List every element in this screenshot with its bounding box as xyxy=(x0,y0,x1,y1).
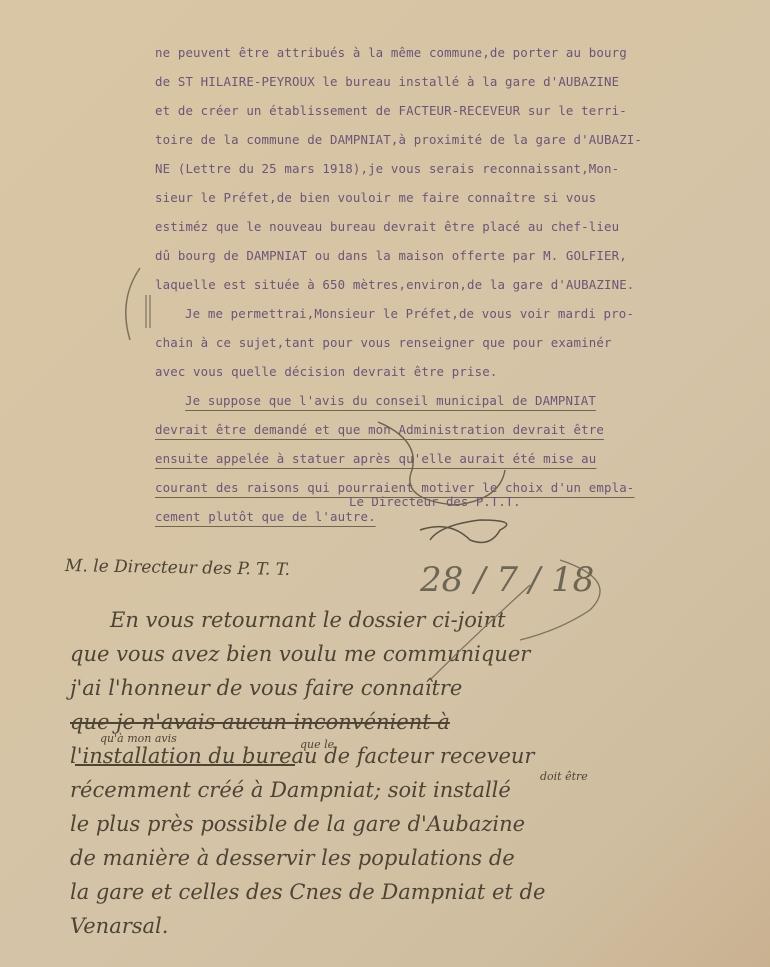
typed-line-underlined: Je suppose que l'avis du conseil municip… xyxy=(155,386,755,415)
handwritten-line: de manière à desservir les populations d… xyxy=(70,841,760,875)
handwritten-address: M. le Directeur des P. T. T. xyxy=(65,556,290,580)
typed-line: sieur le Préfet,de bien vouloir me faire… xyxy=(155,183,755,212)
typed-line: toire de la commune de DAMPNIAT,à proxim… xyxy=(155,125,755,154)
interlinear-insertion: qu'à mon avis xyxy=(100,732,177,745)
typed-line: Je me permettrai,Monsieur le Préfet,de v… xyxy=(155,299,755,328)
typed-signature: Le Directeur des P.T.T. xyxy=(349,494,521,509)
typed-line-underlined: ensuite appelée à statuer après qu'elle … xyxy=(155,444,755,473)
typed-line: chain à ce sujet,tant pour vous renseign… xyxy=(155,328,755,357)
typed-line: laquelle est située à 650 mètres,environ… xyxy=(155,270,755,299)
handwritten-line: j'ai l'honneur de vous faire connaître xyxy=(70,671,760,705)
typed-line-underlined: devrait être demandé et que mon Administ… xyxy=(155,415,755,444)
underlined-text: courant des raisons qui pourraient motiv… xyxy=(155,480,634,495)
underlined-text: devrait être demandé et que mon Administ… xyxy=(155,422,604,437)
handwritten-line: En vous retournant le dossier ci-joint xyxy=(70,603,760,637)
handwritten-line: la gare et celles des Cnes de Dampniat e… xyxy=(70,875,760,909)
handwritten-line: Venarsal. xyxy=(70,909,760,943)
typed-line: de ST HILAIRE-PEYROUX le bureau installé… xyxy=(155,67,755,96)
underlined-text: ensuite appelée à statuer après qu'elle … xyxy=(155,451,596,466)
interlinear-insertion: que le xyxy=(300,738,334,751)
typed-line: estiméz que le nouveau bureau devrait êt… xyxy=(155,212,755,241)
letter-page: ne peuvent être attribués à la même comm… xyxy=(0,0,770,967)
typed-line: dû bourg de DAMPNIAT ou dans la maison o… xyxy=(155,241,755,270)
typed-line: et de créer un établissement de FACTEUR-… xyxy=(155,96,755,125)
typed-line: ne peuvent être attribués à la même comm… xyxy=(155,38,755,67)
typed-line: avec vous quelle décision devrait être p… xyxy=(155,357,755,386)
margin-bracket-icon xyxy=(126,268,140,340)
typed-line: NE (Lettre du 25 mars 1918),je vous sera… xyxy=(155,154,755,183)
underlined-text: Je suppose que l'avis du conseil municip… xyxy=(185,393,596,408)
handwritten-line: que vous avez bien voulu me communiquer xyxy=(70,637,760,671)
handwritten-reply: En vous retournant le dossier ci-joint q… xyxy=(70,603,760,943)
handwritten-line: récemment créé à Dampniat; soit installé xyxy=(70,773,760,807)
handwritten-date-initials: 28 / 7 / 18 xyxy=(420,560,594,600)
interlinear-insertion: doit être xyxy=(540,770,588,783)
handwritten-line: le plus près possible de la gare d'Aubaz… xyxy=(70,807,760,841)
underlined-text: cement plutôt que de l'autre. xyxy=(155,509,376,524)
typed-letter-body: ne peuvent être attribués à la même comm… xyxy=(155,38,755,531)
